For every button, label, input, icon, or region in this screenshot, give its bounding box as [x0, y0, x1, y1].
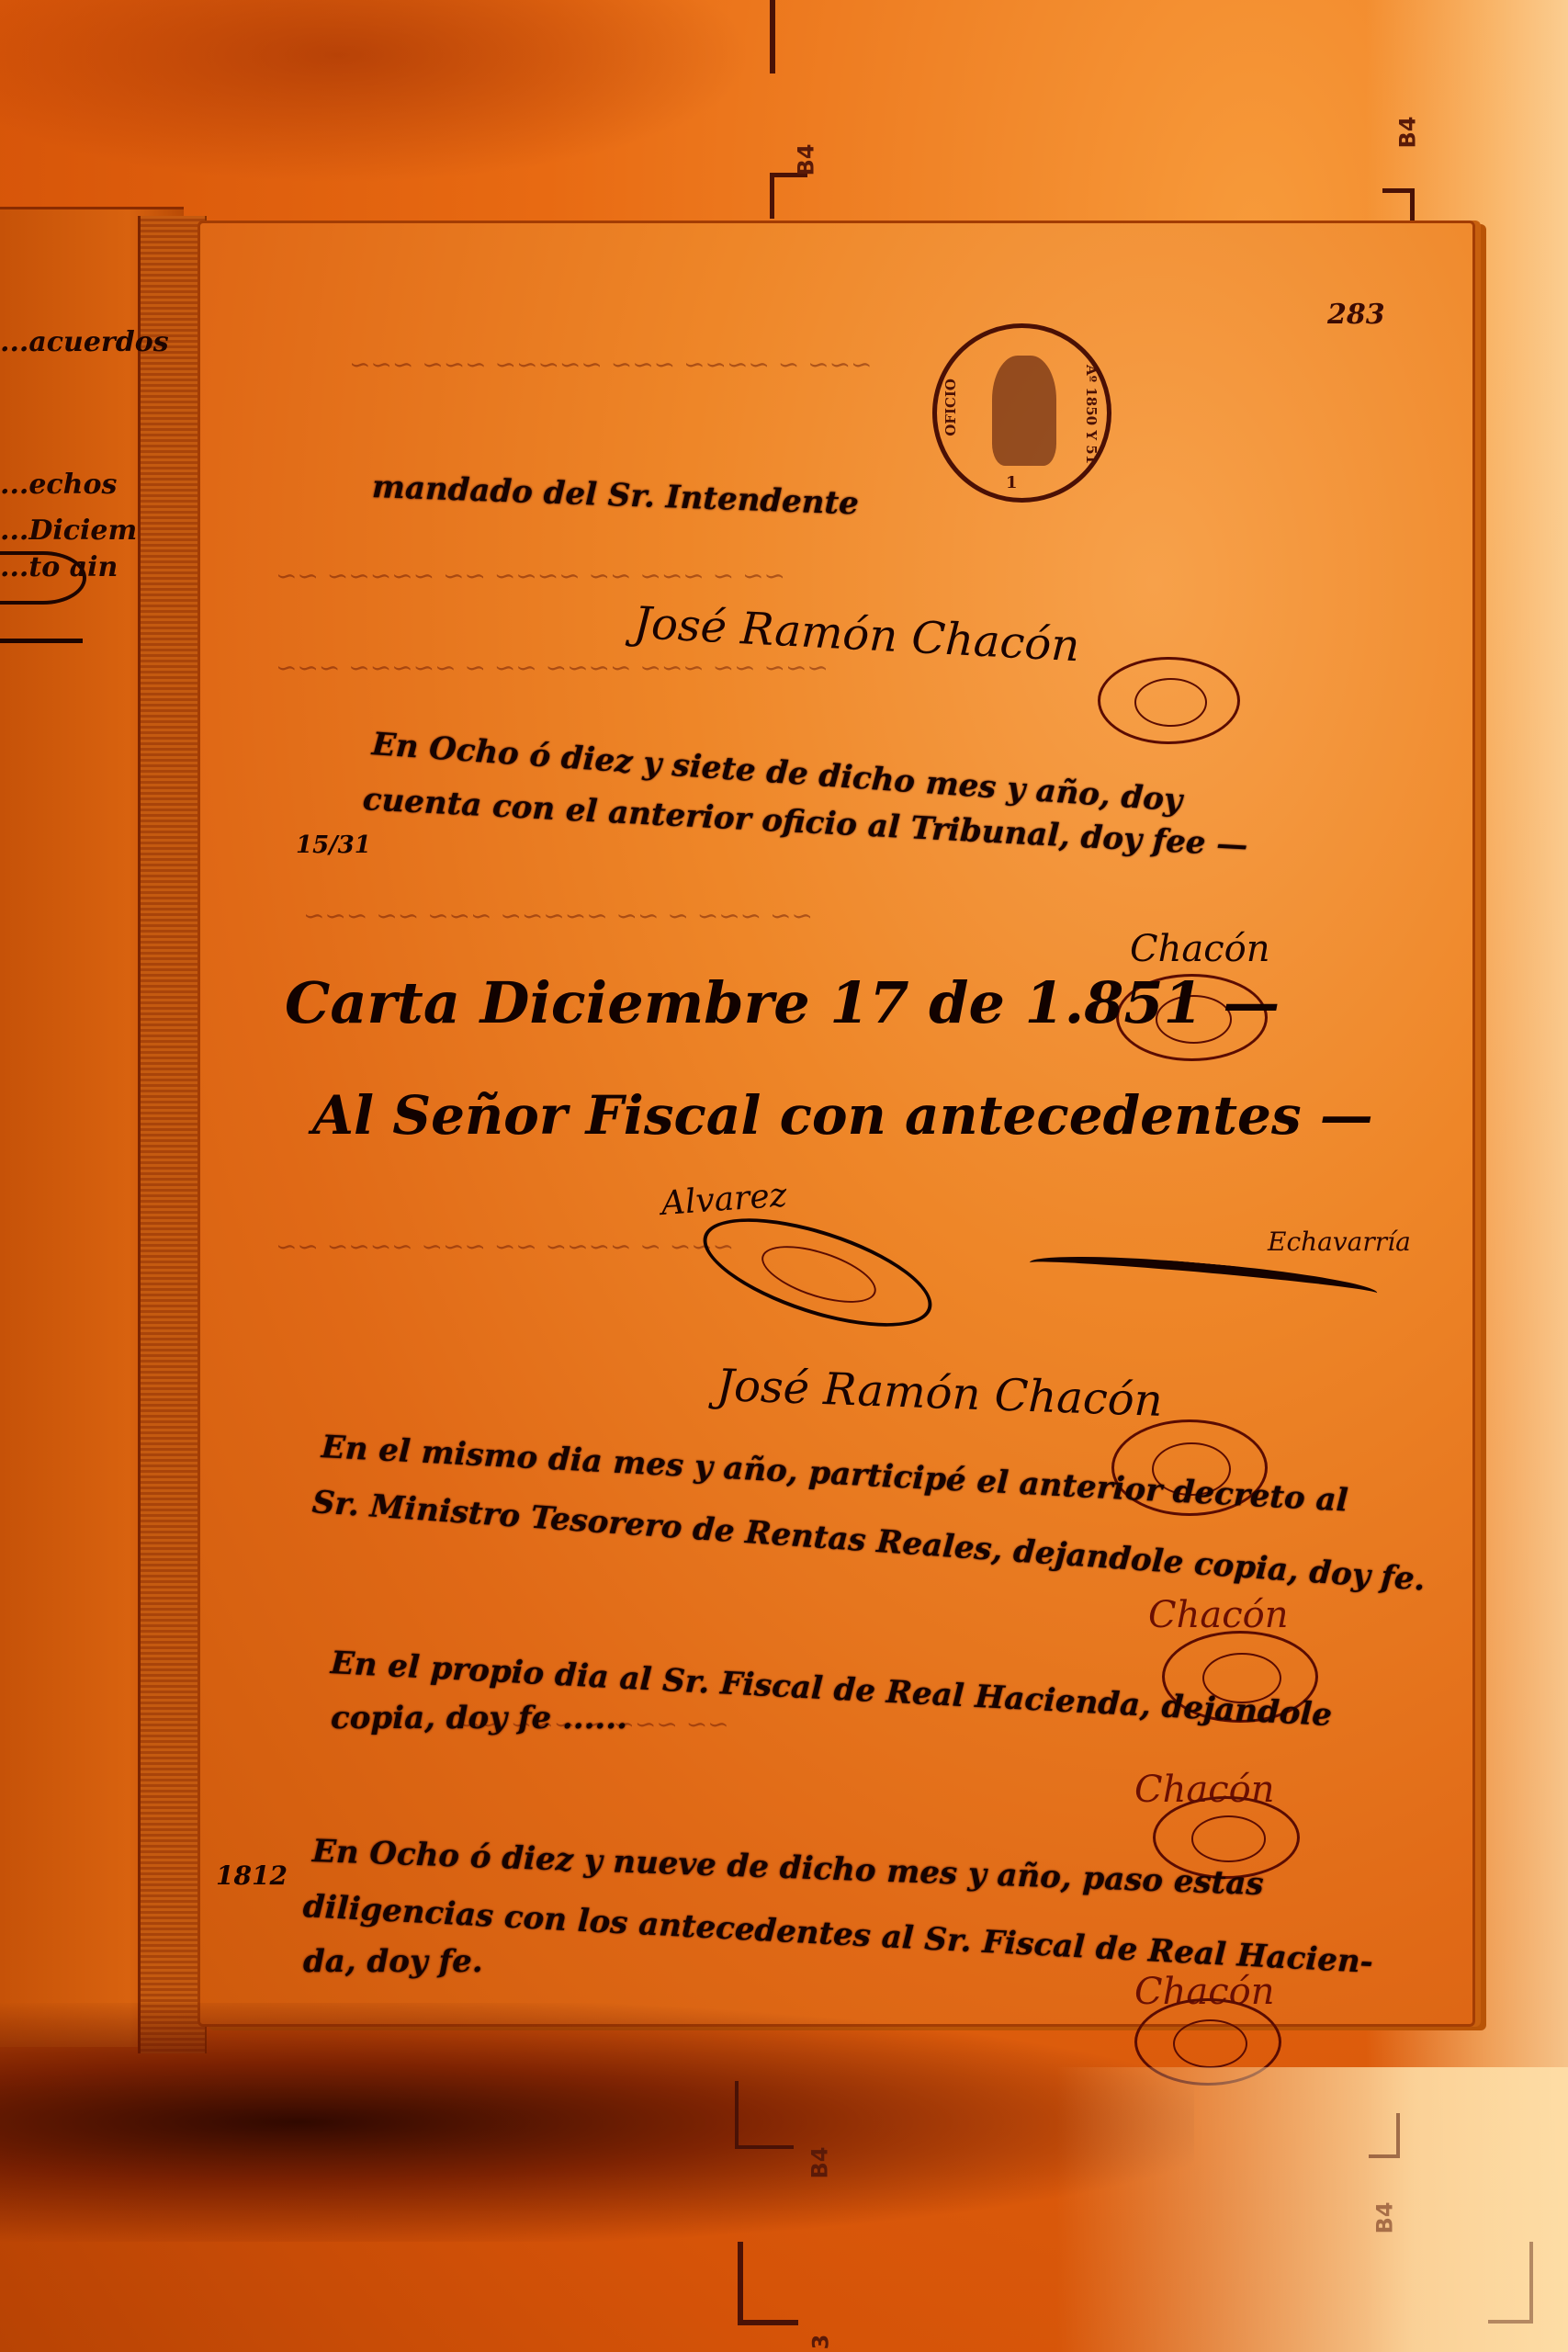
book-spine	[138, 216, 207, 2053]
margin-number: 1812	[216, 1860, 288, 1891]
crop-label-b4: B4	[807, 2147, 833, 2179]
crop-label-b4: B4	[1372, 2202, 1398, 2234]
crop-label-b4: B4	[794, 144, 819, 176]
crop-mark-bottom-right	[1488, 2242, 1533, 2324]
folio-number: 283	[1327, 299, 1385, 331]
crop-mark-b4-bottom-right	[1369, 2113, 1400, 2158]
entry-3-line-2: copia, doy fe ......	[331, 1700, 627, 1736]
left-page-fragment: ...Diciem	[0, 514, 137, 547]
stamp-legend-left: OFICIO	[942, 379, 959, 436]
crop-label-3: 3	[807, 2335, 833, 2350]
signature-chacon: Chacón	[1148, 1594, 1288, 1636]
left-page-rule-line	[0, 639, 83, 643]
left-page-fragment: ...acuerdos	[0, 326, 169, 358]
stamp-value: 1	[1006, 473, 1018, 492]
bleed-through-text: ~~ ~~~ ~ ~~ ~~~~~ ~~~ ~~ ~~~	[303, 900, 813, 931]
bleed-through-text: ~~~ ~ ~~~~ ~~~ ~~~~~ ~~~ ~~~	[349, 349, 873, 379]
crop-mark-top-left	[770, 0, 775, 73]
signature-rubric	[1098, 657, 1240, 744]
signature-echavarria: Echavarría	[1268, 1227, 1411, 1257]
decree-date: Carta Diciembre 17 de 1.851 —	[285, 969, 1280, 1036]
margin-fraction: 15/31	[296, 831, 371, 859]
left-page-flourish	[0, 551, 86, 605]
crop-mark-b4-left	[770, 173, 807, 219]
left-page-fragment: ...echos	[0, 469, 117, 501]
crop-mark-b4-bottom	[735, 2081, 794, 2149]
camera-shadow-top	[0, 0, 753, 184]
decree-body: Al Señor Fiscal con antecedentes —	[312, 1084, 1373, 1147]
camera-shadow-bottom	[0, 2003, 1194, 2242]
bleed-through-text: ~~~ ~~ ~~~ ~~~~ ~~ ~ ~~~~~ ~~~	[276, 652, 829, 683]
signature-chacon: Chacón	[1130, 928, 1269, 970]
tax-stamp: OFICIO Aº 1850 Y 51 1	[932, 323, 1111, 503]
bleed-through-text: ~~~ ~ ~~~~ ~~ ~~~ ~~~~ ~~	[276, 1231, 734, 1261]
seated-figure-icon	[992, 356, 1056, 466]
bleed-through-text: ~~ ~ ~~~ ~~ ~~~~ ~~ ~~~~~ ~~	[276, 560, 785, 591]
stamp-legend-right: Aº 1850 Y 51	[1083, 365, 1100, 464]
crop-label-b4: B4	[1395, 117, 1421, 149]
entry-4-line-3: da, doy fe.	[303, 1943, 483, 1980]
crop-mark-3	[738, 2242, 798, 2325]
